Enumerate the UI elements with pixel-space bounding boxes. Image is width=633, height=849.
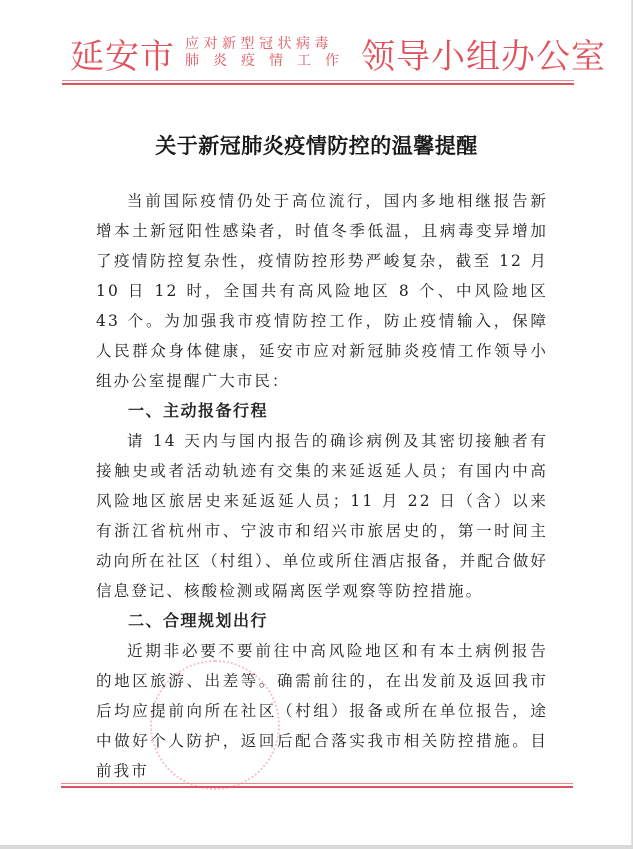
letterhead-subtitle-line1: 应对新型冠状病毒 bbox=[185, 36, 353, 53]
divider-thick-line bbox=[62, 83, 574, 85]
document-body: 当前国际疫情仍处于高位流行，国内多地相继报告新增本土新冠阳性感染者，时值冬季低温… bbox=[96, 186, 548, 786]
divider-thin-line bbox=[62, 80, 574, 81]
section-heading: 一、主动报备行程 bbox=[96, 396, 548, 426]
document-page: 延安市 应对新型冠状病毒 肺炎疫情工作 领导小组办公室 关于新冠肺炎疫情防控的温… bbox=[0, 0, 632, 845]
document-title: 关于新冠肺炎疫情防控的温馨提醒 bbox=[0, 130, 633, 160]
section-heading: 二、合理规划出行 bbox=[96, 606, 548, 636]
letterhead-city: 延安市 bbox=[70, 29, 175, 78]
letterhead-office: 领导小组办公室 bbox=[361, 29, 606, 78]
section-paragraph: 近期非必要不要前往中高风险地区和有本土病例报告的地区旅游、出差等。确需前往的，在… bbox=[96, 636, 548, 786]
letterhead: 延安市 应对新型冠状病毒 肺炎疫情工作 领导小组办公室 bbox=[70, 30, 570, 76]
section-paragraph: 请 14 天内与国内报告的确诊病例及其密切接触者有接触史或者活动轨迹有交集的来延… bbox=[96, 426, 548, 606]
letterhead-divider bbox=[62, 80, 574, 85]
divider-thick-line bbox=[61, 786, 573, 788]
divider-thin-line bbox=[61, 783, 573, 784]
intro-paragraph: 当前国际疫情仍处于高位流行，国内多地相继报告新增本土新冠阳性感染者，时值冬季低温… bbox=[96, 186, 548, 396]
letterhead-subtitle: 应对新型冠状病毒 肺炎疫情工作 bbox=[185, 36, 353, 70]
footer-divider bbox=[61, 783, 573, 789]
letterhead-subtitle-line2: 肺炎疫情工作 bbox=[185, 53, 353, 70]
